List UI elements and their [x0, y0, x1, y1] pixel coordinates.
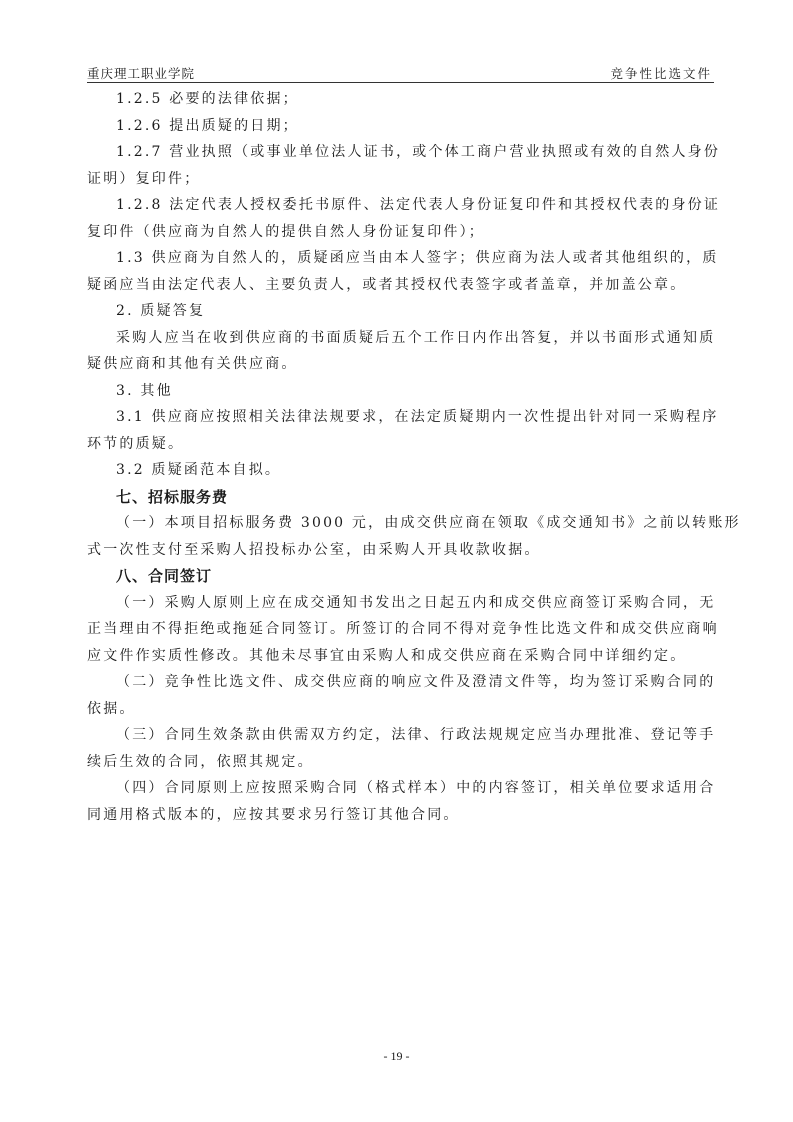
text-line: （四）合同原则上应按照采购合同（格式样本）中的内容签订，相关单位要求适用合 — [87, 775, 714, 802]
text-line: 同通用格式版本的，应按其要求另行签订其他合同。 — [87, 802, 714, 829]
page-header: 重庆理工职业学院 竞争性比选文件 — [87, 62, 714, 83]
text-line: 3. 其他 — [87, 378, 714, 405]
text-line: 2. 质疑答复 — [87, 298, 714, 325]
header-institution: 重庆理工职业学院 — [87, 64, 195, 82]
text-line: （三）合同生效条款由供需双方约定，法律、行政法规规定应当办理批准、登记等手 — [87, 722, 714, 749]
section-heading: 七、招标服务费 — [87, 484, 714, 511]
section-heading: 八、合同签订 — [87, 563, 714, 590]
text-line: 疑供应商和其他有关供应商。 — [87, 351, 714, 378]
text-line: 证明）复印件； — [87, 166, 714, 193]
document-body: 1.2.5 必要的法律依据；1.2.6 提出质疑的日期；1.2.7 营业执照（或… — [87, 86, 714, 828]
page-number: - 19 - — [0, 1049, 793, 1064]
text-line: 1.2.6 提出质疑的日期； — [87, 113, 714, 140]
text-line: 正当理由不得拒绝或拖延合同签订。所签订的合同不得对竞争性比选文件和成交供应商响 — [87, 616, 714, 643]
text-line: 3.1 供应商应按照相关法律法规要求，在法定质疑期内一次性提出针对同一采购程序 — [87, 404, 714, 431]
text-line: 1.2.7 营业执照（或事业单位法人证书，或个体工商户营业执照或有效的自然人身份 — [87, 139, 714, 166]
text-line: 1.2.8 法定代表人授权委托书原件、法定代表人身份证复印件和其授权代表的身份证 — [87, 192, 714, 219]
header-document-title: 竞争性比选文件 — [610, 64, 712, 82]
text-line: 式一次性支付至采购人招投标办公室，由采购人开具收款收据。 — [87, 537, 714, 564]
text-line: 1.2.5 必要的法律依据； — [87, 86, 714, 113]
text-line: （二）竞争性比选文件、成交供应商的响应文件及澄清文件等，均为签订采购合同的 — [87, 669, 714, 696]
text-line: 依据。 — [87, 696, 714, 723]
text-line: 采购人应当在收到供应商的书面质疑后五个工作日内作出答复，并以书面形式通知质 — [87, 325, 714, 352]
text-line: 3.2 质疑函范本自拟。 — [87, 457, 714, 484]
text-line: （一）本项目招标服务费 3000 元，由成交供应商在领取《成交通知书》之前以转账… — [87, 510, 714, 537]
text-line: 环节的质疑。 — [87, 431, 714, 458]
text-line: 疑函应当由法定代表人、主要负责人，或者其授权代表签字或者盖章，并加盖公章。 — [87, 272, 714, 299]
text-line: 1.3 供应商为自然人的，质疑函应当由本人签字；供应商为法人或者其他组织的，质 — [87, 245, 714, 272]
text-line: 续后生效的合同，依照其规定。 — [87, 749, 714, 776]
text-line: 应文件作实质性修改。其他未尽事宜由采购人和成交供应商在采购合同中详细约定。 — [87, 643, 714, 670]
text-line: （一）采购人原则上应在成交通知书发出之日起五内和成交供应商签订采购合同，无 — [87, 590, 714, 617]
text-line: 复印件（供应商为自然人的提供自然人身份证复印件）； — [87, 219, 714, 246]
